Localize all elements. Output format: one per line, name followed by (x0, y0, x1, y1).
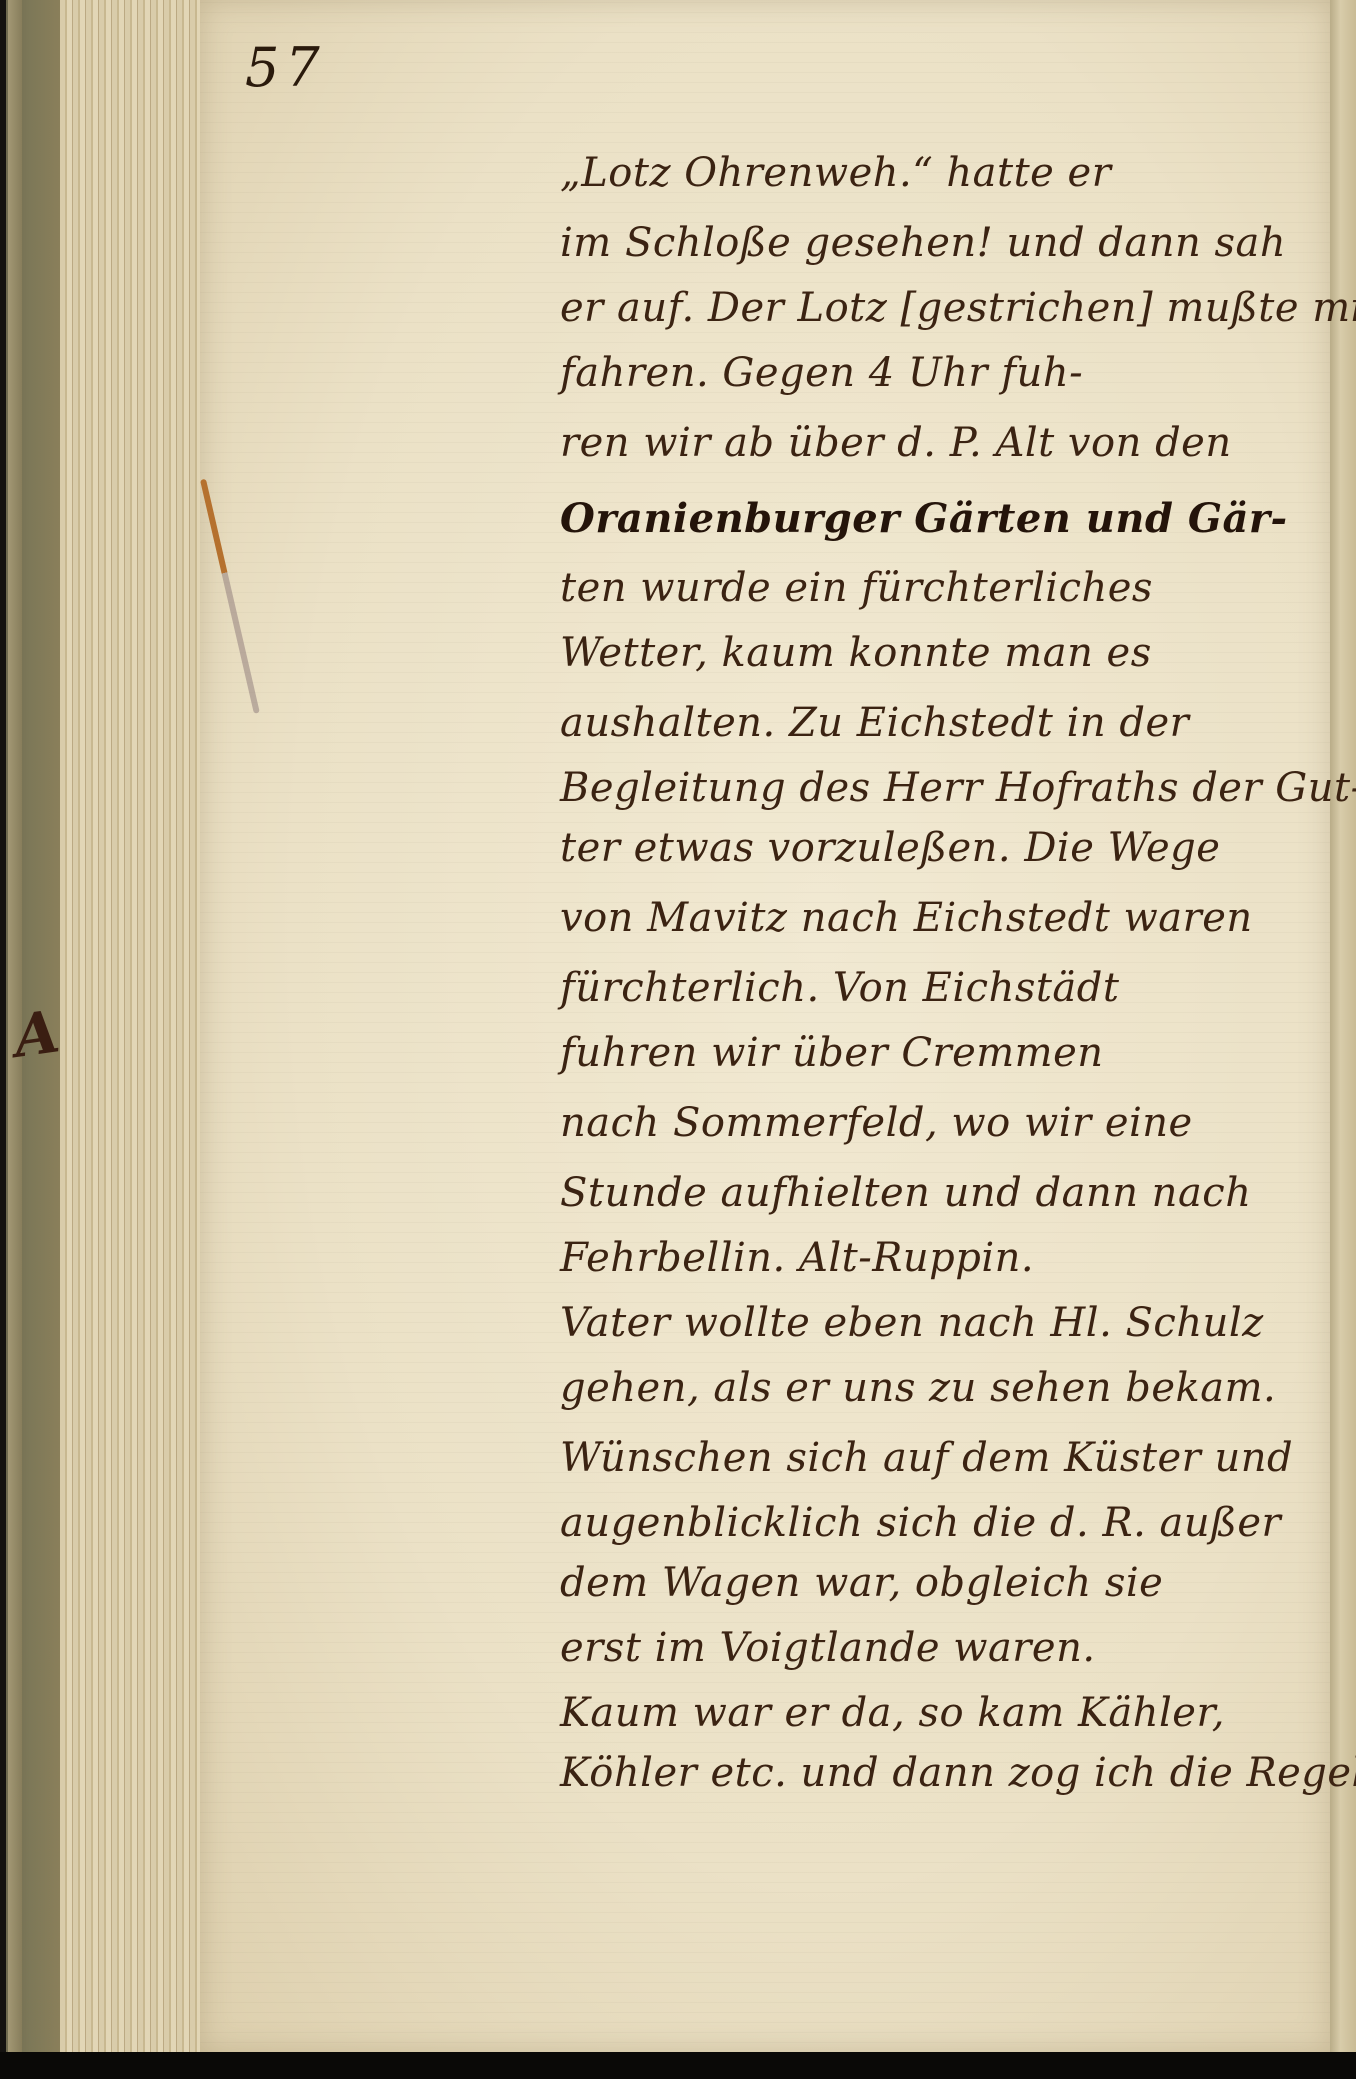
text-line: aushalten. Zu Eichstedt in der (560, 700, 1189, 746)
margin-mark: A (9, 997, 63, 1071)
text-line: Vater wollte eben nach Hl. Schulz (560, 1300, 1264, 1346)
text-line: Oranienburger Gärten und Gär- (560, 495, 1288, 542)
text-line: fahren. Gegen 4 Uhr fuh- (560, 350, 1083, 396)
text-line: fürchterlich. Von Eichstädt (560, 965, 1119, 1011)
text-line: von Mavitz nach Eichstedt waren (560, 895, 1253, 941)
text-line: „Lotz Ohrenweh.“ hatte er (560, 150, 1111, 196)
text-line: Wünschen sich auf dem Küster und (560, 1435, 1293, 1481)
page-number: 57 (245, 36, 326, 99)
text-line: ren wir ab über d. P. Alt von den (560, 420, 1232, 466)
text-line: Begleitung des Herr Hofraths der Gut- (560, 765, 1356, 811)
text-line: Fehrbellin. Alt-Ruppin. (560, 1235, 1034, 1281)
manuscript-scan: A 57 „Lotz Ohrenweh.“ hatte er im Schloß… (0, 0, 1356, 2079)
text-line: augenblicklich sich die d. R. außer (560, 1500, 1281, 1546)
text-line: dem Wagen war, obgleich sie (560, 1560, 1163, 1606)
text-line: Kaum war er da, so kam Kähler, (560, 1690, 1225, 1736)
page-stack-edge (60, 0, 210, 2065)
text-line: Köhler etc. und dann zog ich die Regel. (560, 1750, 1356, 1796)
text-line: erst im Voigtlande waren. (560, 1625, 1096, 1671)
text-line: ten wurde ein fürchterliches (560, 565, 1153, 611)
text-line: fuhren wir über Cremmen (560, 1030, 1104, 1076)
text-line: Wetter, kaum konnte man es (560, 630, 1152, 676)
text-line: nach Sommerfeld, wo wir eine (560, 1100, 1193, 1146)
scan-background-bottom (0, 2052, 1356, 2079)
text-line: er auf. Der Lotz [gestrichen] mußte mit- (560, 285, 1356, 331)
text-line: gehen, als er uns zu sehen bekam. (560, 1365, 1276, 1411)
text-line: ter etwas vorzuleßen. Die Wege (560, 825, 1220, 871)
text-line: Stunde aufhielten und dann nach (560, 1170, 1251, 1216)
text-line: im Schloße gesehen! und dann sah (560, 220, 1286, 266)
